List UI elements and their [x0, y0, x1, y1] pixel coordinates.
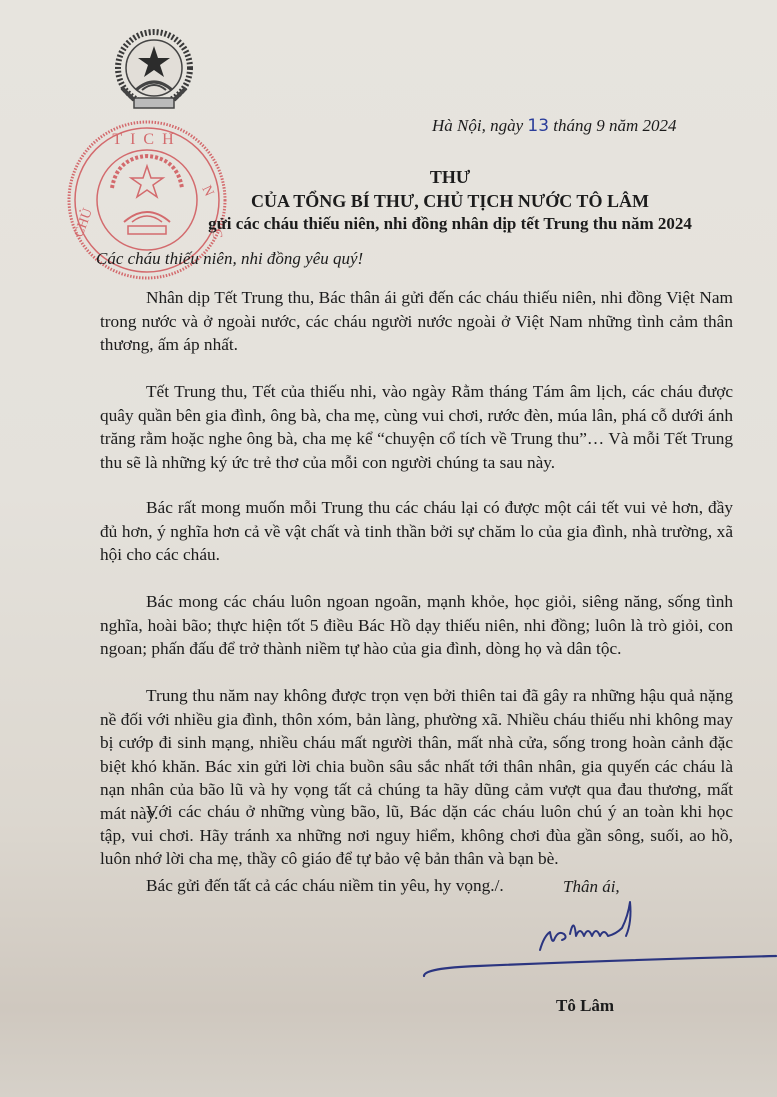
paragraph-text: Tết Trung thu, Tết của thiếu nhi, vào ng… [100, 380, 733, 474]
date-prefix: Hà Nội, ngày [432, 116, 527, 135]
paragraph-4: Bác mong các cháu luôn ngoan ngoãn, mạnh… [100, 590, 733, 661]
date-day-handwritten: 13 [527, 116, 549, 136]
greeting: Các cháu thiếu niên, nhi đồng yêu quý! [96, 249, 363, 269]
signer-name: Tô Lâm [556, 996, 614, 1016]
svg-text:CHỦ: CHỦ [70, 206, 96, 240]
letter-page: TICH CHỦ N C Hà Nội, ngày 13 tháng 9 năm… [0, 0, 777, 1097]
date-suffix: tháng 9 năm 2024 [549, 116, 677, 135]
paragraph-text: Bác mong các cháu luôn ngoan ngoãn, mạnh… [100, 590, 733, 661]
svg-text:TICH: TICH [112, 131, 181, 148]
paragraph-text: Với các cháu ở những vùng bão, lũ, Bác d… [100, 800, 733, 871]
paragraph-text: Nhân dịp Tết Trung thu, Bác thân ái gửi … [100, 286, 733, 357]
place-and-date: Hà Nội, ngày 13 tháng 9 năm 2024 [432, 116, 677, 136]
paragraph-text: Bác rất mong muốn mỗi Trung thu các cháu… [100, 496, 733, 567]
letter-author-line: CỦA TỔNG BÍ THƯ, CHỦ TỊCH NƯỚC TÔ LÂM [140, 191, 760, 212]
paragraph-1: Nhân dịp Tết Trung thu, Bác thân ái gửi … [100, 286, 733, 357]
paragraph-7: Bác gửi đến tất cả các cháu niềm tin yêu… [100, 874, 733, 898]
paragraph-3: Bác rất mong muốn mỗi Trung thu các cháu… [100, 496, 733, 567]
letter-recipient-line: gửi các cháu thiếu niên, nhi đồng nhân d… [140, 214, 760, 234]
paragraph-6: Với các cháu ở những vùng bão, lũ, Bác d… [100, 800, 733, 871]
letter-title: THƯ [140, 167, 760, 188]
paragraph-text: Bác gửi đến tất cả các cháu niềm tin yêu… [100, 874, 733, 898]
closing-salutation: Thân ái, [563, 877, 620, 897]
signature-stroke-icon [418, 950, 777, 990]
national-emblem-icon [104, 28, 204, 120]
paragraph-2: Tết Trung thu, Tết của thiếu nhi, vào ng… [100, 380, 733, 474]
